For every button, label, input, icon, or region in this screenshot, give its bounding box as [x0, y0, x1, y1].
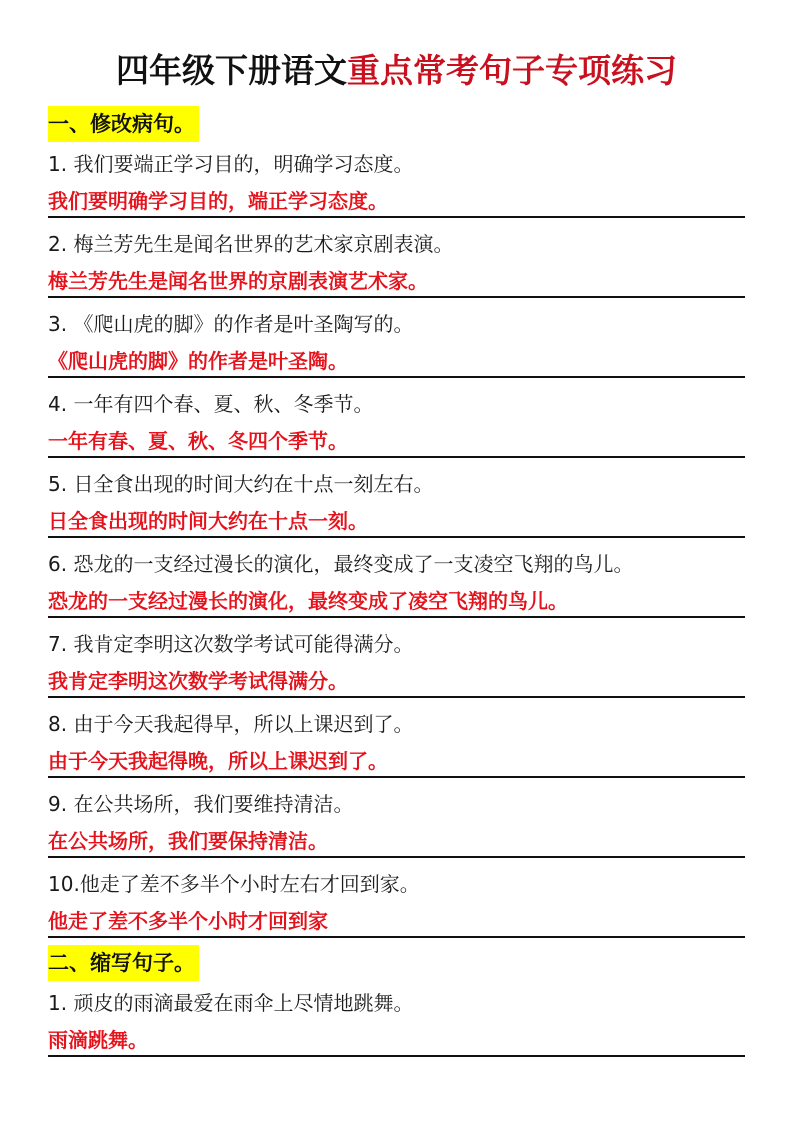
answer-6: 恐龙的一支经过漫长的演化，最终变成了凌空飞翔的鸟儿。 — [48, 586, 745, 618]
page-title: 四年级下册语文重点常考句子专项练习 — [0, 46, 793, 96]
answer-3: 《爬山虎的脚》的作者是叶圣陶。 — [48, 346, 745, 378]
answer-1: 我们要明确学习目的，端正学习态度。 — [48, 186, 745, 218]
question-5: 5. 日全食出现的时间大约在十点一刻左右。 — [48, 469, 433, 499]
question-10: 10.他走了差不多半个小时左右才回到家。 — [48, 869, 420, 899]
question-8: 8. 由于今天我起得早，所以上课迟到了。 — [48, 709, 413, 739]
answer-7: 我肯定李明这次数学考试得满分。 — [48, 666, 745, 698]
answer-4: 一年有春、夏、秋、冬四个季节。 — [48, 426, 745, 458]
answer-9: 在公共场所，我们要保持清洁。 — [48, 826, 745, 858]
answer-10: 他走了差不多半个小时才回到家 — [48, 906, 745, 938]
question-6: 6. 恐龙的一支经过漫长的演化，最终变成了一支凌空飞翔的鸟儿。 — [48, 549, 633, 579]
condense-question-1: 1. 顽皮的雨滴最爱在雨伞上尽情地跳舞。 — [48, 988, 413, 1018]
answer-5: 日全食出现的时间大约在十点一刻。 — [48, 506, 745, 538]
section-heading-correct-sentences: 一、修改病句。 — [48, 106, 199, 142]
question-7: 7. 我肯定李明这次数学考试可能得满分。 — [48, 629, 413, 659]
answer-8: 由于今天我起得晚，所以上课迟到了。 — [48, 746, 745, 778]
question-4: 4. 一年有四个春、夏、秋、冬季节。 — [48, 389, 373, 419]
title-black-part: 四年级下册语文 — [116, 51, 347, 90]
question-2: 2. 梅兰芳先生是闻名世界的艺术家京剧表演。 — [48, 229, 453, 259]
question-3: 3. 《爬山虎的脚》的作者是叶圣陶写的。 — [48, 309, 413, 339]
question-9: 9. 在公共场所，我们要维持清洁。 — [48, 789, 353, 819]
condense-answer-1: 雨滴跳舞。 — [48, 1025, 745, 1057]
question-1: 1. 我们要端正学习目的，明确学习态度。 — [48, 149, 413, 179]
title-red-part: 重点常考句子专项练习 — [347, 51, 677, 90]
section-heading-condense-sentences: 二、缩写句子。 — [48, 945, 199, 981]
answer-2: 梅兰芳先生是闻名世界的京剧表演艺术家。 — [48, 266, 745, 298]
